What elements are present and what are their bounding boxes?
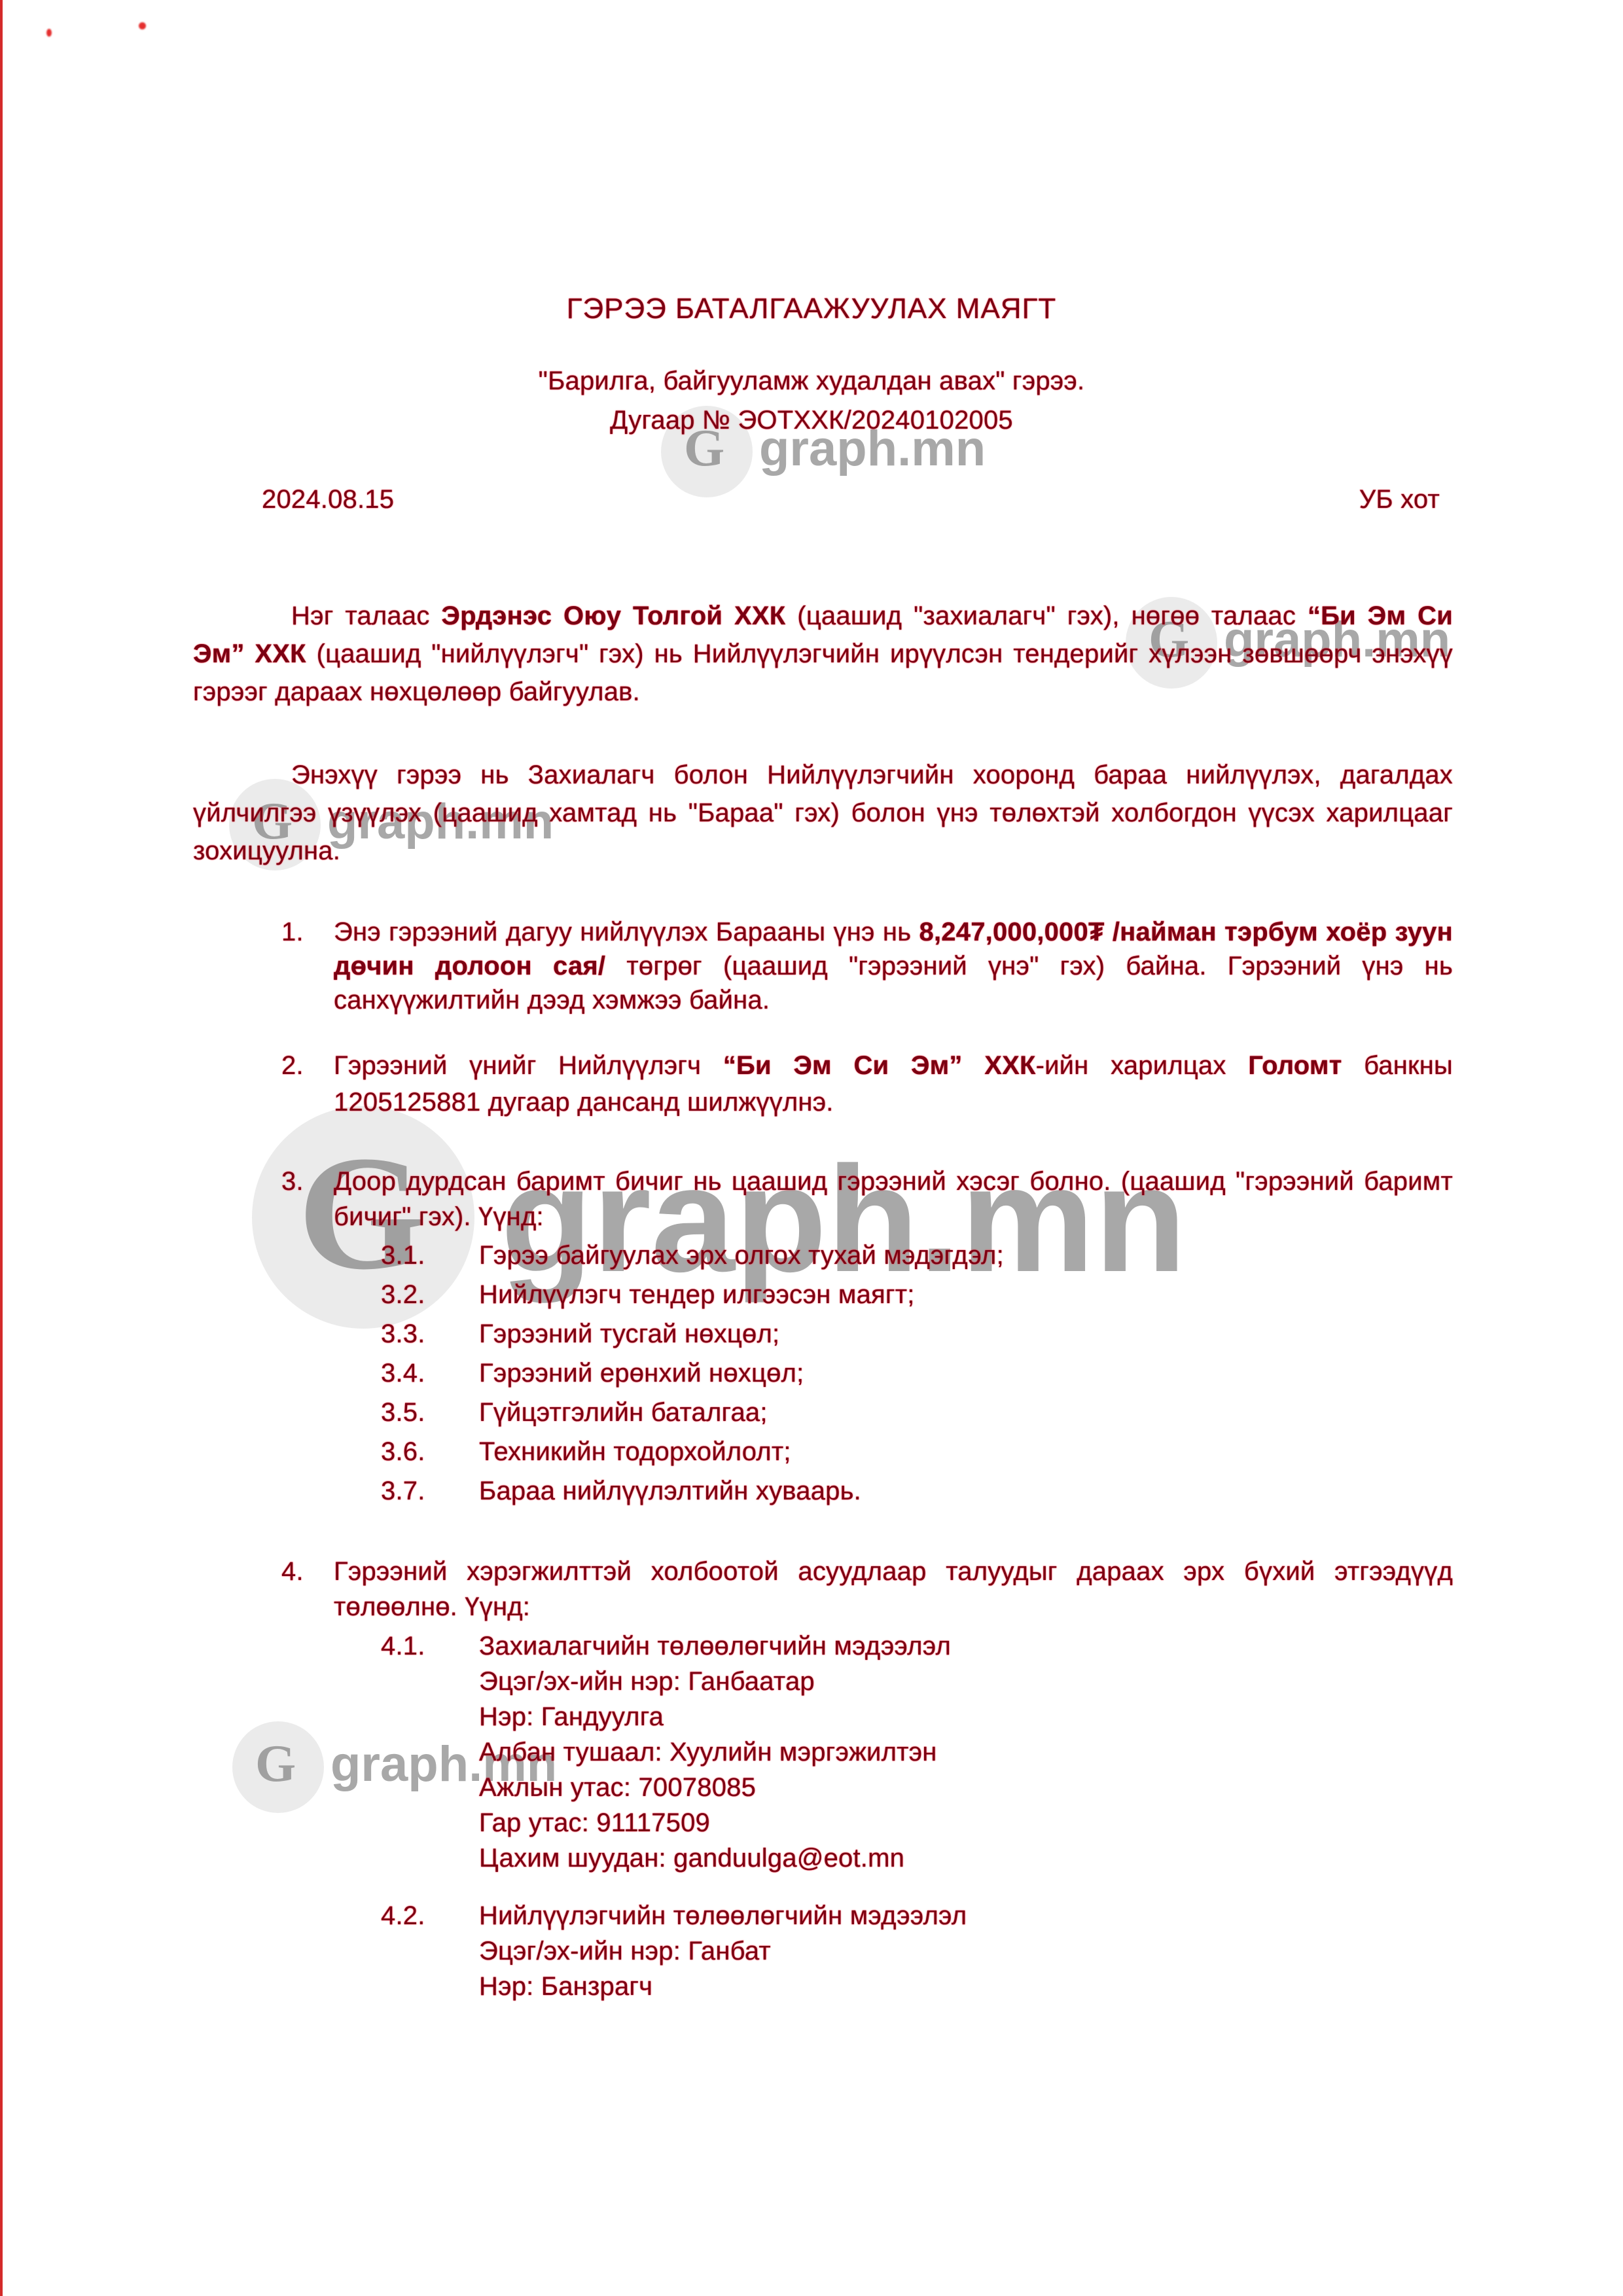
supplier-representative: 4.2. Нийлүүлэгчийн төлөөлөгчийн мэдээлэл… xyxy=(381,1898,967,2004)
clause-3: 3. Доор дурдсан баримт бичиг нь цаашид г… xyxy=(281,1164,1453,1234)
representative-mobile: Гар утас: 91117509 xyxy=(479,1805,951,1840)
list-item: 3.4.Гэрээний ерөнхий нөхцөл; xyxy=(381,1354,1004,1393)
scan-artifact xyxy=(139,22,146,29)
clause-4: 4. Гэрээний хэрэгжилттэй холбоотой асууд… xyxy=(281,1554,1453,1624)
clause-1: 1. Энэ гэрээний дагуу нийлүүлэх Барааны … xyxy=(281,915,1453,1017)
contract-date: 2024.08.15 xyxy=(262,482,394,517)
representative-heading: Захиалагчийн төлөөлөгчийн мэдээлэл xyxy=(479,1628,951,1664)
representative-position: Албан тушаал: Хуулийн мэргэжилтэн xyxy=(479,1734,951,1770)
representative-father-name: Эцэг/эх-ийн нэр: Ганбат xyxy=(479,1933,967,1969)
clause-number: 1. xyxy=(281,915,304,949)
clause-number: 4. xyxy=(281,1554,304,1589)
list-item: 3.1.Гэрээ байгуулах эрх олгох тухай мэдэ… xyxy=(381,1236,1004,1275)
contract-subtitle: "Барилга, байгууламж худалдан авах" гэрэ… xyxy=(0,363,1623,399)
representative-work-phone: Ажлын утас: 70078085 xyxy=(479,1770,951,1805)
clause-3-documents-list: 3.1.Гэрээ байгуулах эрх олгох тухай мэдэ… xyxy=(381,1236,1004,1511)
list-item: 3.6.Техникийн тодорхойлолт; xyxy=(381,1432,1004,1471)
list-item: 3.7.Бараа нийлүүлэлтийн хуваарь. xyxy=(381,1471,1004,1511)
contract-number: Дугаар № ЭОТХХК/20240102005 xyxy=(0,403,1623,438)
purpose-paragraph: Энэхүү гэрээ нь Захиалагч болон Нийлүүлэ… xyxy=(193,756,1453,870)
scan-artifact xyxy=(46,29,52,37)
representative-name: Нэр: Банзрагч xyxy=(479,1969,967,2004)
list-item: 3.2.Нийлүүлэгч тендер илгээсэн маягт; xyxy=(381,1275,1004,1314)
customer-name: Эрдэнэс Оюу Толгой ХХК xyxy=(441,601,785,630)
representative-email: Цахим шуудан: ganduulga@eot.mn xyxy=(479,1840,951,1876)
clause-number: 2. xyxy=(281,1047,304,1084)
clause-number: 3. xyxy=(281,1164,304,1199)
page-edge-rule xyxy=(0,0,3,2296)
customer-representative: 4.1. Захиалагчийн төлөөлөгчийн мэдээлэл … xyxy=(381,1628,951,1876)
list-item: 3.3.Гэрээний тусгай нөхцөл; xyxy=(381,1314,1004,1354)
contract-city: УБ хот xyxy=(1359,482,1440,517)
representative-heading: Нийлүүлэгчийн төлөөлөгчийн мэдээлэл xyxy=(479,1898,967,1933)
watermark-circle xyxy=(232,1721,324,1813)
supplier-name: “Би Эм Си Эм” ХХК xyxy=(723,1051,1036,1080)
document-title: ГЭРЭЭ БАТАЛГААЖУУЛАХ МАЯГТ xyxy=(0,291,1623,327)
representative-father-name: Эцэг/эх-ийн нэр: Ганбаатар xyxy=(479,1664,951,1699)
clause-2: 2. Гэрээний үнийг Нийлүүлэгч “Би Эм Си Э… xyxy=(281,1047,1453,1121)
intro-paragraph: Нэг талаас Эрдэнэс Оюу Толгой ХХК (цааши… xyxy=(193,597,1453,711)
list-item: 3.5.Гүйцэтгэлийн баталгаа; xyxy=(381,1393,1004,1432)
bank-name: Голомт xyxy=(1248,1051,1342,1080)
representative-name: Нэр: Гандуулга xyxy=(479,1699,951,1734)
watermark-logo-icon: G xyxy=(255,1734,296,1794)
